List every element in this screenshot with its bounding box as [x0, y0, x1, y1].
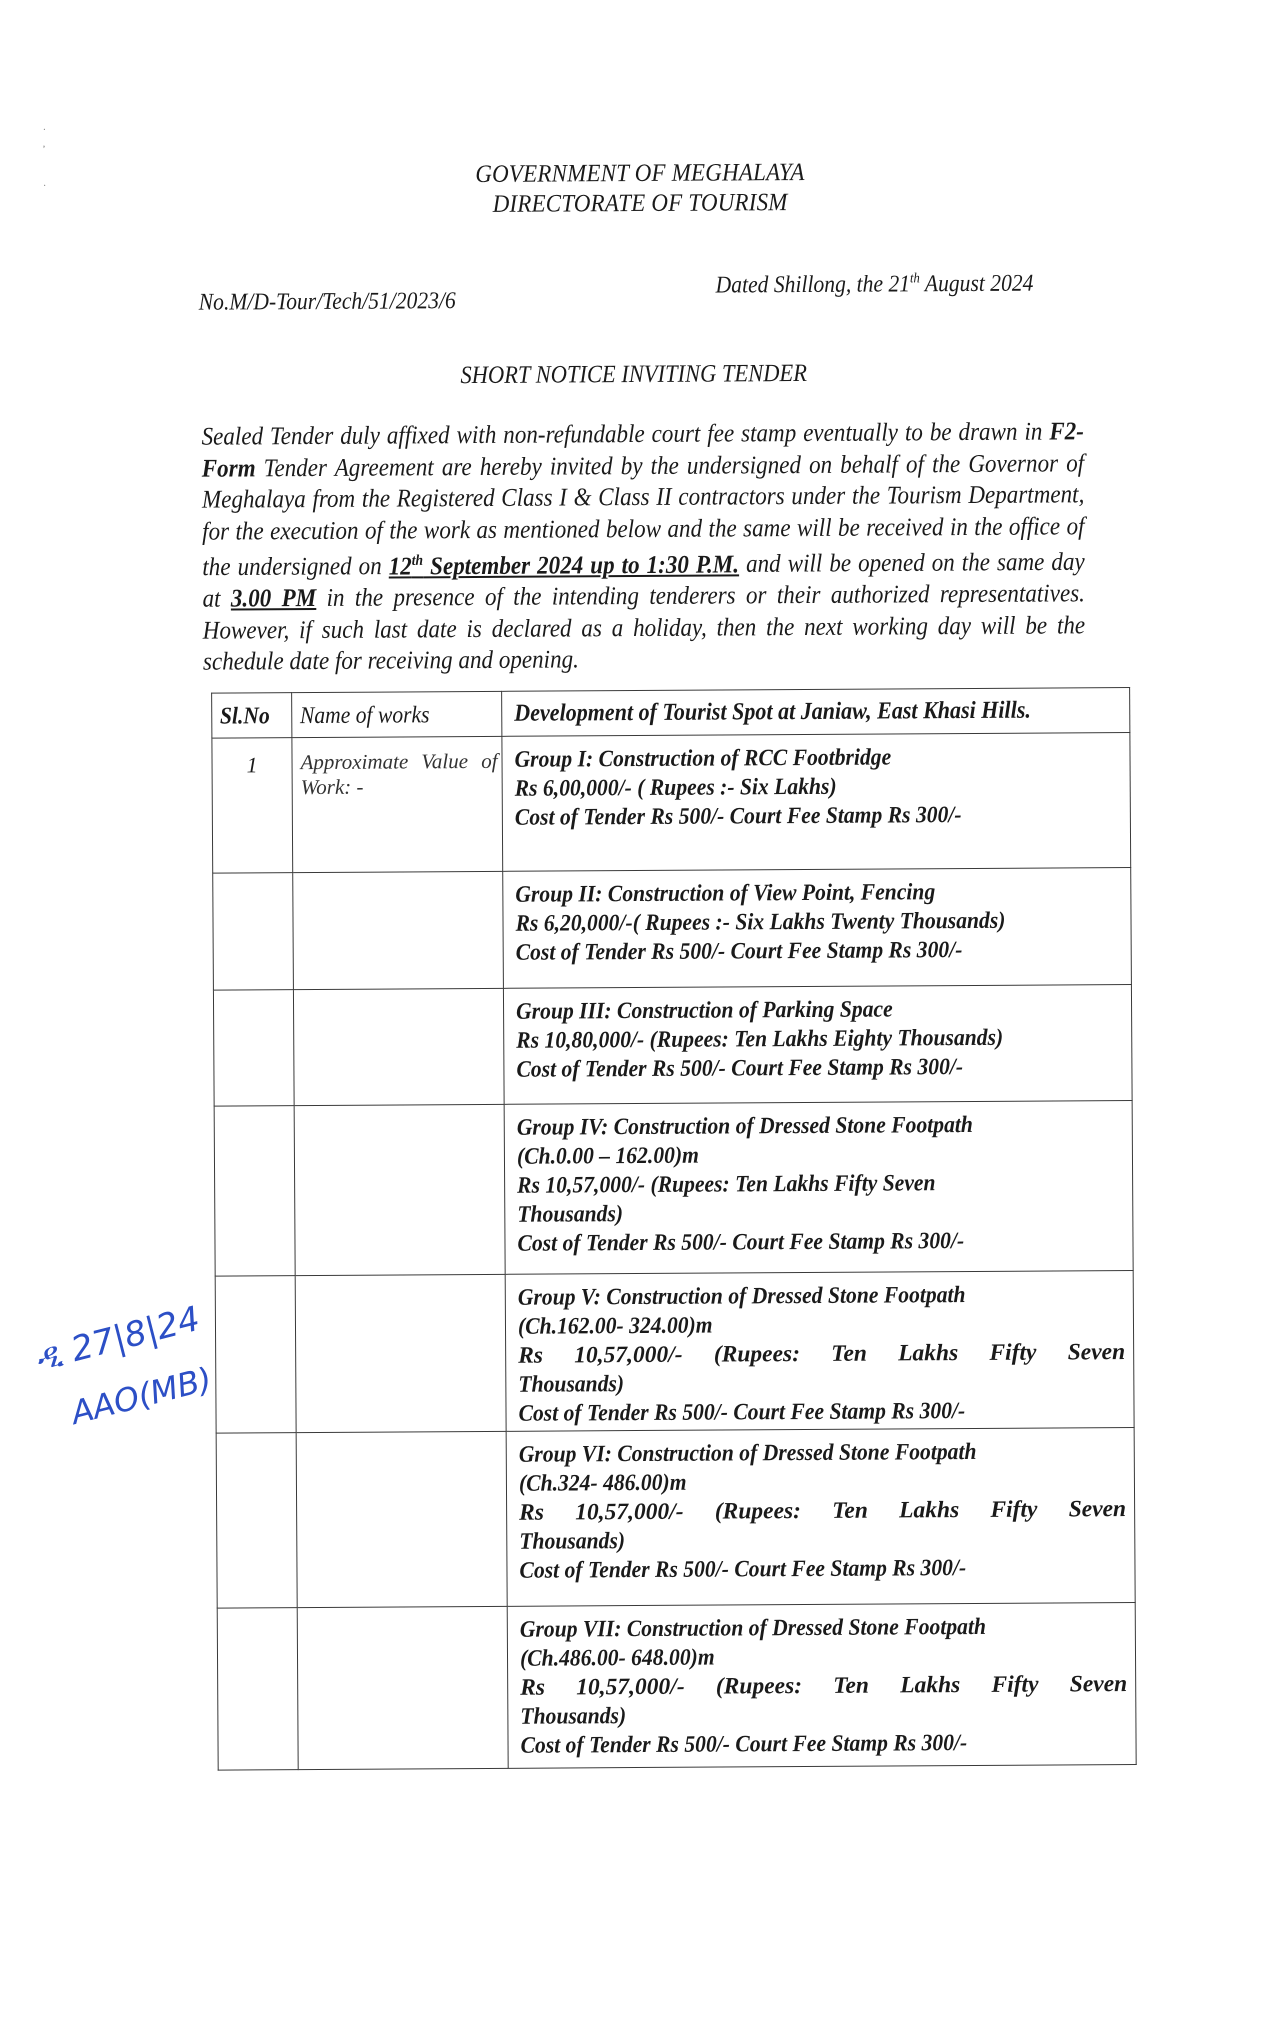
name-of-works-cell: Approximate Value of Work: -: [292, 736, 503, 872]
slno-cell: [213, 990, 294, 1106]
slno-cell: [214, 1106, 295, 1276]
slno-cell: [217, 1608, 298, 1770]
group-cell: Group IV: Construction of Dressed Stone …: [504, 1100, 1133, 1274]
group-value-cont: Thousands): [518, 1367, 1077, 1399]
group-cell: Group VI: Construction of Dressed Stone …: [506, 1427, 1135, 1606]
group-cost: Cost of Tender Rs 500/- Court Fee Stamp …: [520, 1728, 1079, 1760]
group-cost: Cost of Tender Rs 500/- Court Fee Stamp …: [517, 1226, 1076, 1258]
table-row: Group VII: Construction of Dressed Stone…: [217, 1602, 1136, 1770]
reference-number: No.M/D-Tour/Tech/51/2023/6: [199, 288, 456, 317]
slno-cell: 1: [212, 738, 293, 873]
group-value: Rs 10,57,000/- (Rupees: Ten Lakhs Fifty …: [517, 1168, 1076, 1200]
name-of-works-cell: [296, 1431, 507, 1607]
header-slno: Sl.No: [212, 693, 284, 738]
group-value-cont: Thousands): [519, 1524, 1078, 1556]
notice-paragraph: Sealed Tender duly affixed with non-refu…: [201, 415, 1085, 677]
group-cell: Group II: Construction of View Point, Fe…: [503, 868, 1132, 989]
group-title: Group VII: Construction of Dressed Stone…: [520, 1612, 1079, 1644]
group-cost: Cost of Tender Rs 500/- Court Fee Stamp …: [519, 1553, 1078, 1585]
group-value-cont: Thousands): [517, 1197, 1076, 1229]
group-cost: Cost of Tender Rs 500/- Court Fee Stamp …: [516, 1052, 1075, 1084]
group-value: Rs10,57,000/-(Rupees:TenLakhsFiftySeven: [520, 1670, 1127, 1703]
group-value: Rs10,57,000/-(Rupees:TenLakhsFiftySeven: [518, 1338, 1125, 1371]
name-of-works-cell: [297, 1606, 508, 1769]
group-title: Group I: Construction of RCC Footbridge: [514, 742, 1073, 774]
group-title: Group III: Construction of Parking Space: [516, 994, 1075, 1026]
table-row: Group IV: Construction of Dressed Stone …: [214, 1100, 1133, 1276]
name-of-works-cell: [293, 988, 504, 1105]
group-value: Rs 10,80,000/- (Rupees: Ten Lakhs Eighty…: [516, 1023, 1075, 1055]
group-cell: Group III: Construction of Parking Space…: [503, 984, 1132, 1104]
table-row: Group III: Construction of Parking Space…: [213, 984, 1132, 1106]
name-of-works-cell: [293, 871, 504, 989]
notice-title: SHORT NOTICE INVITING TENDER: [60, 358, 1208, 393]
handwritten-annotation: ዲ 27|8|24 AAO(MB): [30, 1299, 218, 1438]
header-project: Development of Tourist Spot at Janiaw, E…: [502, 688, 1130, 737]
slno-cell: [216, 1433, 297, 1608]
group-title: Group VI: Construction of Dressed Stone …: [519, 1437, 1078, 1469]
group-value: Rs 6,00,000/- ( Rupees :- Six Lakhs): [515, 771, 1074, 803]
header-name-of-works: Name of works: [292, 691, 481, 737]
group-cell: Group VII: Construction of Dressed Stone…: [507, 1602, 1136, 1768]
group-chainage: (Ch.486.00- 648.00)m: [520, 1641, 1079, 1673]
group-cost: Cost of Tender Rs 500/- Court Fee Stamp …: [516, 935, 1075, 967]
table-row: Group II: Construction of View Point, Fe…: [213, 868, 1132, 991]
group-value: Rs 6,20,000/-( Rupees :- Six Lakhs Twent…: [515, 906, 1074, 938]
table-row: Group V: Construction of Dressed Stone F…: [215, 1270, 1134, 1433]
group-cost: Cost of Tender Rs 500/- Court Fee Stamp …: [515, 800, 1074, 832]
slno-cell: [213, 873, 294, 990]
works-table: Sl.No Name of works Development of Touri…: [211, 687, 1137, 1771]
header-directorate: DIRECTORATE OF TOURISM: [47, 186, 1234, 221]
header-government: GOVERNMENT OF MEGHALAYA: [46, 156, 1233, 191]
group-value-cont: Thousands): [520, 1699, 1079, 1731]
table-row: 1Approximate Value of Work: -Group I: Co…: [212, 733, 1131, 874]
group-cost: Cost of Tender Rs 500/- Court Fee Stamp …: [518, 1396, 1077, 1428]
group-title: Group V: Construction of Dressed Stone F…: [518, 1280, 1077, 1312]
name-of-works-cell: [294, 1104, 505, 1275]
table-row: Group VI: Construction of Dressed Stone …: [216, 1427, 1135, 1608]
group-value: Rs10,57,000/-(Rupees:TenLakhsFiftySeven: [519, 1495, 1126, 1528]
group-cell: Group I: Construction of RCC FootbridgeR…: [502, 733, 1131, 872]
slno-cell: [215, 1276, 296, 1433]
group-title: Group II: Construction of View Point, Fe…: [515, 877, 1074, 909]
document-page: ·,· GOVERNMENT OF MEGHALAYA DIRECTORATE …: [0, 0, 1275, 2030]
name-of-works-cell: [295, 1274, 506, 1432]
deadline: 12th September 2024 up to 1:30 P.M.: [389, 549, 740, 580]
group-chainage: (Ch.162.00- 324.00)m: [518, 1309, 1077, 1341]
group-cell: Group V: Construction of Dressed Stone F…: [505, 1270, 1134, 1431]
group-chainage: (Ch.324- 486.00)m: [519, 1466, 1078, 1498]
table-header-row: Sl.No Name of works Development of Touri…: [212, 688, 1130, 739]
group-title: Group IV: Construction of Dressed Stone …: [517, 1110, 1076, 1142]
group-chainage: (Ch.0.00 – 162.00)m: [517, 1139, 1076, 1171]
dated-line: Dated Shillong, the 21th August 2024: [716, 271, 1034, 300]
opening-time: 3.00 PM: [231, 583, 317, 613]
